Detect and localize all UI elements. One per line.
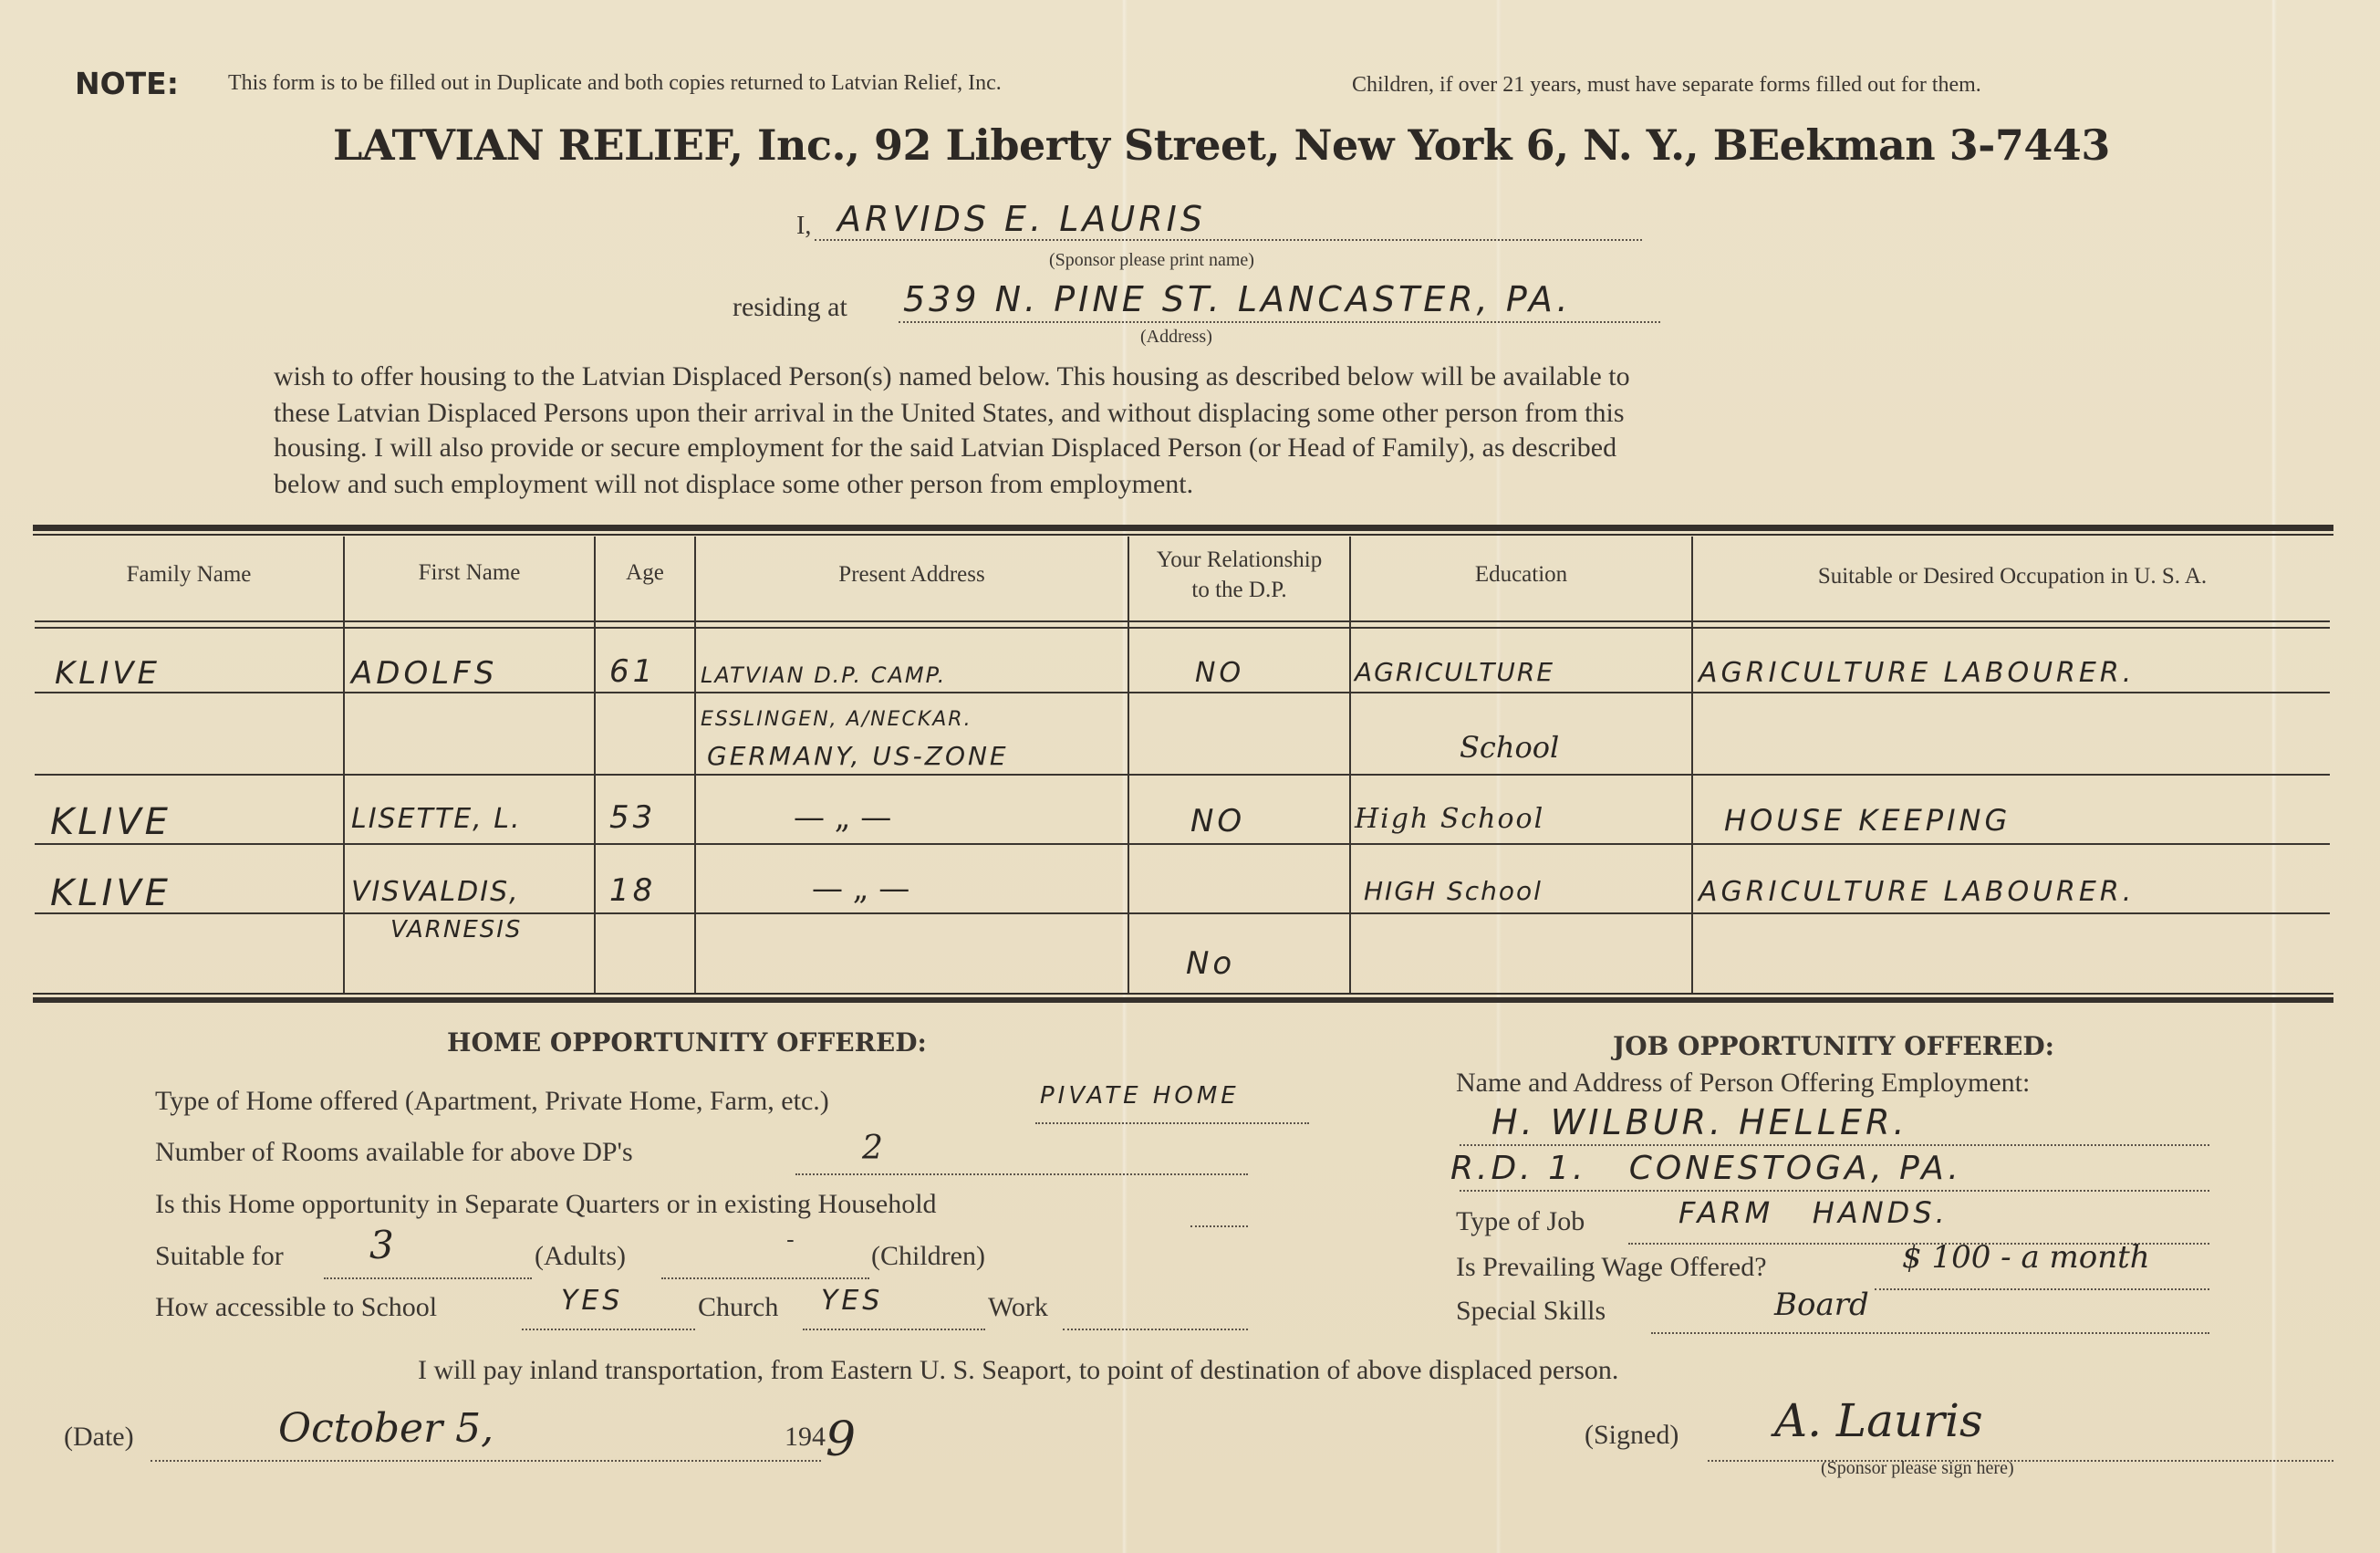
cell-age: 53 [609, 799, 656, 836]
cell-relationship: NO [1195, 657, 1244, 689]
sponsor-name-value: Arvids E. Lauris [837, 199, 1206, 239]
cell-education-line2: School [1460, 730, 1559, 765]
column-divider [343, 537, 345, 993]
header-age: Age [596, 558, 694, 588]
sponsor-address-caption: (Address) [1140, 327, 1212, 348]
church-label: Church [698, 1292, 778, 1323]
column-divider [594, 537, 596, 993]
job-type-value: FARM HANDS. [1678, 1195, 1949, 1230]
suitable-for-label: Suitable for [155, 1241, 284, 1272]
adults-field[interactable] [324, 1246, 532, 1279]
statement-line-4: below and such employment will not displ… [274, 469, 1193, 500]
rooms-value: 2 [862, 1130, 883, 1167]
cell-first-name: ADOLFS [351, 655, 497, 692]
quarters-label: Is this Home opportunity in Separate Qua… [155, 1189, 937, 1220]
cell-address-ditto: — „ — [812, 870, 909, 907]
cell-family-name: KLIVE [55, 655, 161, 692]
note-text-return-instructions: This form is to be filled out in Duplica… [228, 71, 1002, 96]
row-line [35, 692, 2330, 693]
column-divider [1128, 537, 1129, 993]
cell-family-name: KLIVE [50, 872, 171, 914]
header-occupation: Suitable or Desired Occupation in U. S. … [1693, 562, 2332, 591]
row-line [35, 774, 2330, 776]
skills-label: Special Skills [1456, 1296, 1606, 1327]
home-opportunity-heading: HOME OPPORTUNITY OFFERED: [447, 1027, 927, 1058]
column-divider [694, 537, 696, 993]
work-field[interactable] [1063, 1298, 1248, 1330]
adults-value: 3 [369, 1223, 394, 1267]
skills-field[interactable] [1651, 1301, 2209, 1334]
header-first-name: First Name [345, 558, 594, 588]
cell-address-line2: ESSLINGEN, a/NECKAR. [701, 708, 972, 731]
cell-address-ditto: — „ — [794, 799, 891, 836]
employer-name-value: H. WILBUR. HELLER. [1491, 1102, 1908, 1142]
home-type-value: PIVATE HOME [1040, 1082, 1240, 1110]
cell-first-name: LISETTE, L. [351, 803, 522, 835]
table-bottom-border [33, 997, 2333, 1003]
cell-education: High School [1355, 803, 1544, 835]
note-label: NOTE: [75, 66, 179, 101]
column-divider [1691, 537, 1693, 993]
sponsor-name-caption: (Sponsor please print name) [1049, 250, 1254, 271]
children-value: - [786, 1226, 795, 1254]
signature-value: A. Lauris [1774, 1394, 1983, 1447]
access-school-label: How accessible to School [155, 1292, 437, 1323]
school-value: YES [561, 1285, 623, 1317]
cell-address-line1: LATVIAN D.P. CAMP. [701, 662, 946, 688]
statement-line-3: housing. I will also provide or secure e… [274, 433, 1616, 464]
cell-education: HIGH School [1364, 876, 1543, 906]
employer-label: Name and Address of Person Offering Empl… [1456, 1068, 2030, 1099]
table-bottom-border-thin [33, 993, 2333, 995]
sponsor-prefix: I, [796, 212, 811, 241]
skills-value: Board [1774, 1287, 1869, 1323]
cell-address-line3: GERMANY, US-ZONE [707, 741, 1009, 771]
work-label: Work [988, 1292, 1048, 1323]
employer-address-value: R.D. 1. CONESTOGA, Pa. [1450, 1150, 1962, 1187]
header-relationship-line1: Your Relationship [1129, 546, 1349, 575]
signed-label: (Signed) [1585, 1420, 1678, 1451]
wage-value: $ 100 - a month [1902, 1239, 2150, 1276]
transport-statement: I will pay inland transportation, from E… [418, 1355, 1618, 1386]
cell-first-name: VISVALDIS, [351, 876, 520, 908]
table-top-border [33, 525, 2333, 531]
adults-label: (Adults) [535, 1241, 626, 1272]
cell-age: 61 [609, 653, 656, 690]
date-year-written: 9 [826, 1412, 856, 1467]
date-label: (Date) [64, 1422, 134, 1453]
date-year-printed: 194 [785, 1422, 826, 1453]
church-value: YES [821, 1285, 883, 1317]
row-line [35, 843, 2330, 845]
header-present-address: Present Address [696, 560, 1128, 589]
wage-label: Is Prevailing Wage Offered? [1456, 1252, 1767, 1283]
cell-occupation: AGRICULTURE LABOURER. [1699, 876, 2135, 908]
cell-family-name: KLIVE [50, 801, 171, 843]
cell-relationship: NO [1190, 803, 1245, 839]
note-text-children-instructions: Children, if over 21 years, must have se… [1352, 73, 1981, 98]
cell-age: 18 [609, 872, 656, 909]
row-line [35, 912, 2330, 914]
organization-title: LATVIAN RELIEF, Inc., 92 Liberty Street,… [333, 120, 2110, 170]
date-value: October 5, [278, 1405, 494, 1452]
statement-line-1: wish to offer housing to the Latvian Dis… [274, 361, 1630, 392]
job-opportunity-heading: JOB OPPORTUNITY OFFERED: [1613, 1031, 2054, 1061]
header-underline [35, 627, 2330, 629]
address-label: residing at [733, 292, 847, 323]
quarters-field[interactable] [1190, 1194, 1248, 1227]
cell-education-line1: AGRICULTURE [1355, 657, 1554, 687]
cell-first-name-line2: VARNESIS [390, 916, 522, 943]
statement-line-2: these Latvian Displaced Persons upon the… [274, 398, 1625, 429]
column-divider [1349, 537, 1351, 993]
cell-occupation: AGRICULTURE LABOURER. [1699, 657, 2135, 689]
children-field[interactable] [661, 1246, 869, 1279]
cell-relationship: No [1186, 945, 1235, 982]
table-top-border-thin [33, 534, 2333, 536]
signature-caption: (Sponsor please sign here) [1821, 1458, 2014, 1479]
children-label: (Children) [871, 1241, 985, 1272]
header-underline [35, 620, 2330, 622]
home-type-label: Type of Home offered (Apartment, Private… [155, 1086, 829, 1117]
cell-occupation: HOUSE KEEPING [1724, 803, 2011, 838]
job-type-label: Type of Job [1456, 1206, 1585, 1237]
rooms-label: Number of Rooms available for above DP's [155, 1137, 633, 1168]
sponsor-address-value: 539 N. Pine St. Lancaster, Pa. [903, 279, 1572, 319]
header-relationship-line2: to the D.P. [1129, 576, 1349, 605]
header-education: Education [1351, 560, 1691, 589]
header-family-name: Family Name [35, 560, 343, 589]
